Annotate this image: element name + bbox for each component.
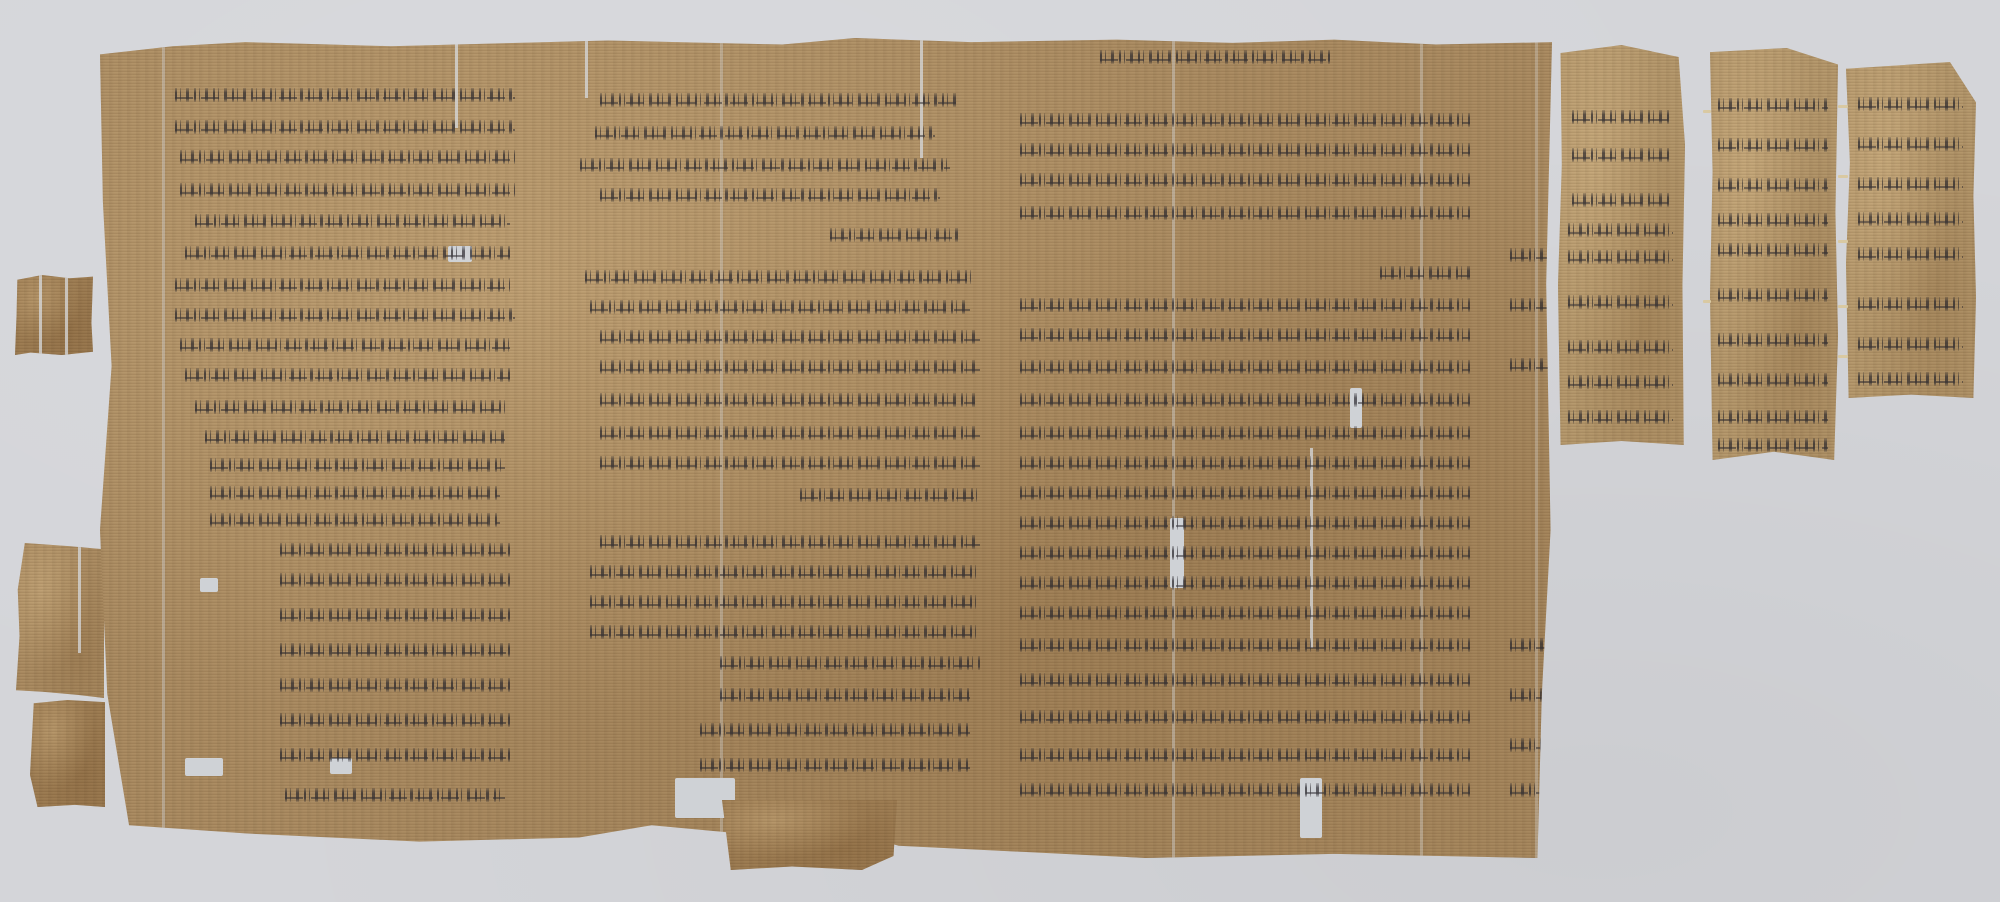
right-fragment-1 [1558,45,1685,445]
photo-scene [0,0,2000,902]
right-fragment-3 [1846,62,1976,398]
small-left-fragment [15,275,93,355]
left-strip-lower [30,700,105,807]
left-strip-upper [16,543,104,698]
main-papyrus-sheet [100,38,1552,858]
right-fragment-2 [1710,48,1838,460]
bottom-extension-fragment [722,800,897,870]
